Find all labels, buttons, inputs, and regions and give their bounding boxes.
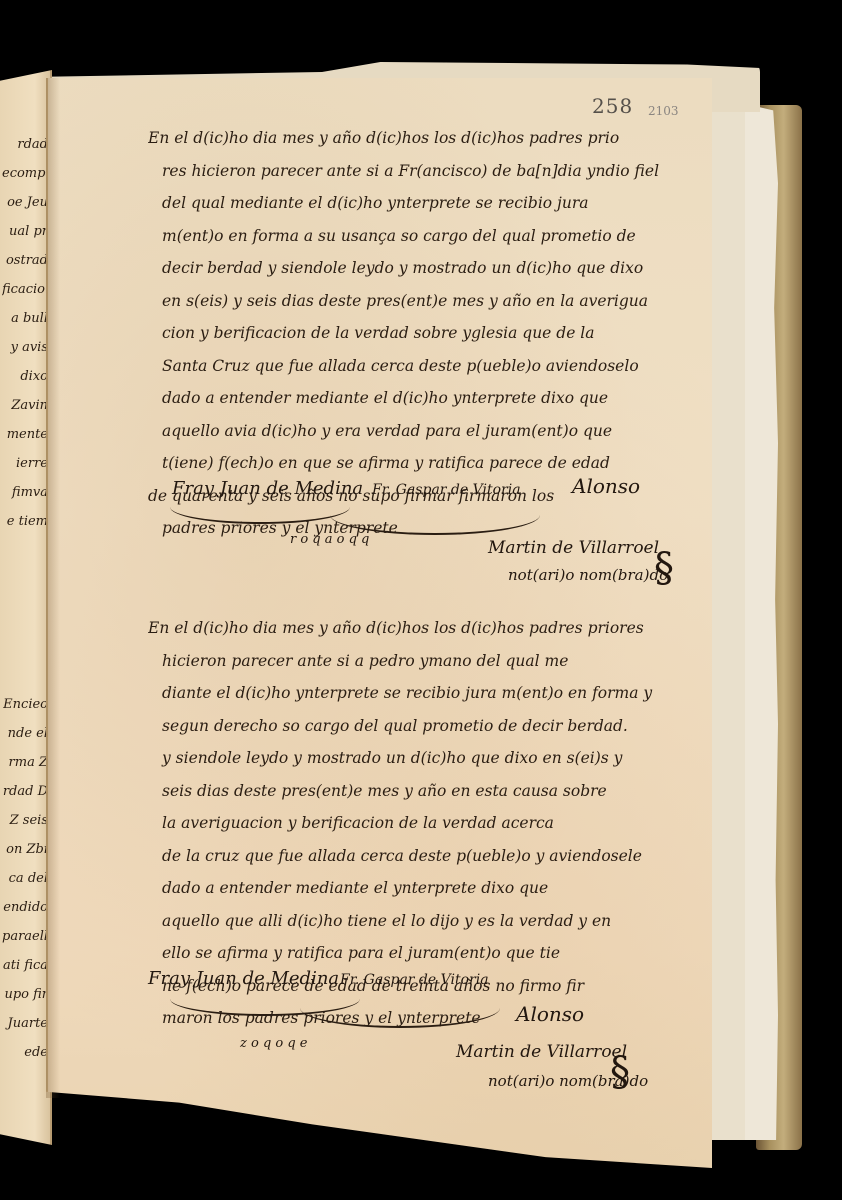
text-line: decir berdad y siendole leydo y mostrado… (148, 252, 708, 285)
signature-note: r o q a o q q (290, 532, 369, 547)
margin-line: ede (2, 1038, 48, 1067)
gutter-shadow (46, 78, 60, 1098)
folio-number: 258 (592, 94, 633, 118)
margin-line: rdad D (2, 777, 48, 806)
margin-line: fimva (2, 478, 48, 507)
margin-line: e tiem (2, 507, 48, 536)
text-line: res hicieron parecer ante si a Fr(ancisc… (148, 155, 708, 188)
margin-line: oe Jeu (2, 188, 48, 217)
notary-rubric-icon: § (654, 548, 674, 588)
notary-rubric-icon: § (610, 1052, 630, 1092)
left-page-margin-text-top: rdad ecompa oe Jeu ual pr ostrad ficacio… (2, 130, 48, 536)
signature-flourish (300, 988, 500, 1028)
margin-line: endido (2, 893, 48, 922)
margin-line: upo fir (2, 980, 48, 1009)
margin-line: a bull (2, 304, 48, 333)
text-line: hicieron parecer ante si a pedro ymano d… (148, 645, 708, 678)
margin-line: ual pr (2, 217, 48, 246)
margin-line: Encieo (2, 690, 48, 719)
signature-gaspar-de-vitoria: Fr. Gaspar de Vitoria (340, 972, 489, 988)
margin-line: ati fica (2, 951, 48, 980)
text-line: m(ent)o en forma a su usança so cargo de… (148, 220, 708, 253)
signature-flourish (170, 490, 350, 524)
margin-line: rma Z (2, 748, 48, 777)
text-line: aquello avia d(ic)ho y era verdad para e… (148, 415, 708, 448)
signature-alonso: Alonso (572, 474, 640, 498)
notary-title: not(ari)o nom(bra)do (508, 566, 668, 584)
text-line: En el d(ic)ho dia mes y año d(ic)hos los… (148, 122, 708, 155)
old-folio-number: 2103 (648, 104, 679, 118)
signature-note: z o q o q e (240, 1036, 308, 1051)
text-line: y siendole leydo y mostrado un d(ic)ho q… (148, 742, 708, 775)
text-line: la averiguacion y berificacion de la ver… (148, 807, 708, 840)
margin-line: ca del (2, 864, 48, 893)
margin-line: ierre (2, 449, 48, 478)
margin-line: rdad (2, 130, 48, 159)
signature-flourish (330, 495, 540, 535)
margin-line: on Zbi (2, 835, 48, 864)
margin-line: Juarte (2, 1009, 48, 1038)
text-line: aquello que alli d(ic)ho tiene el lo dij… (148, 905, 708, 938)
margin-line: mente (2, 420, 48, 449)
text-line: en s(eis) y seis dias deste pres(ent)e m… (148, 285, 708, 318)
text-line: cion y berificacion de la verdad sobre y… (148, 317, 708, 350)
text-line: dado a entender mediante el ynterprete d… (148, 872, 708, 905)
notary-signature: Martin de Villarroel (456, 1042, 627, 1062)
margin-line: ficacion (2, 275, 48, 304)
text-line: seis dias deste pres(ent)e mes y año en … (148, 775, 708, 808)
left-page-margin-text-bottom: Encieo nde el rma Z rdad D Z seis on Zbi… (2, 690, 48, 1067)
text-line: diante el d(ic)ho ynterprete se recibio … (148, 677, 708, 710)
margin-line: Z seis (2, 806, 48, 835)
margin-line: dixo (2, 362, 48, 391)
margin-line: paraell (2, 922, 48, 951)
margin-line: y avis (2, 333, 48, 362)
margin-line: Zavin (2, 391, 48, 420)
text-line: Santa Cruz que fue allada cerca deste p(… (148, 350, 708, 383)
text-line: ello se afirma y ratifica para el juram(… (148, 937, 708, 970)
margin-line: ostrad (2, 246, 48, 275)
text-line: del qual mediante el d(ic)ho ynterprete … (148, 187, 708, 220)
notary-signature: Martin de Villarroel (488, 538, 659, 558)
text-line: dado a entender mediante el d(ic)ho ynte… (148, 382, 708, 415)
signature-alonso: Alonso (516, 1002, 584, 1026)
margin-line: ecompa (2, 159, 48, 188)
text-line: En el d(ic)ho dia mes y año d(ic)hos los… (148, 612, 708, 645)
margin-line: nde el (2, 719, 48, 748)
text-line: de la cruz que fue allada cerca deste p(… (148, 840, 708, 873)
text-line: segun derecho so cargo del qual prometio… (148, 710, 708, 743)
